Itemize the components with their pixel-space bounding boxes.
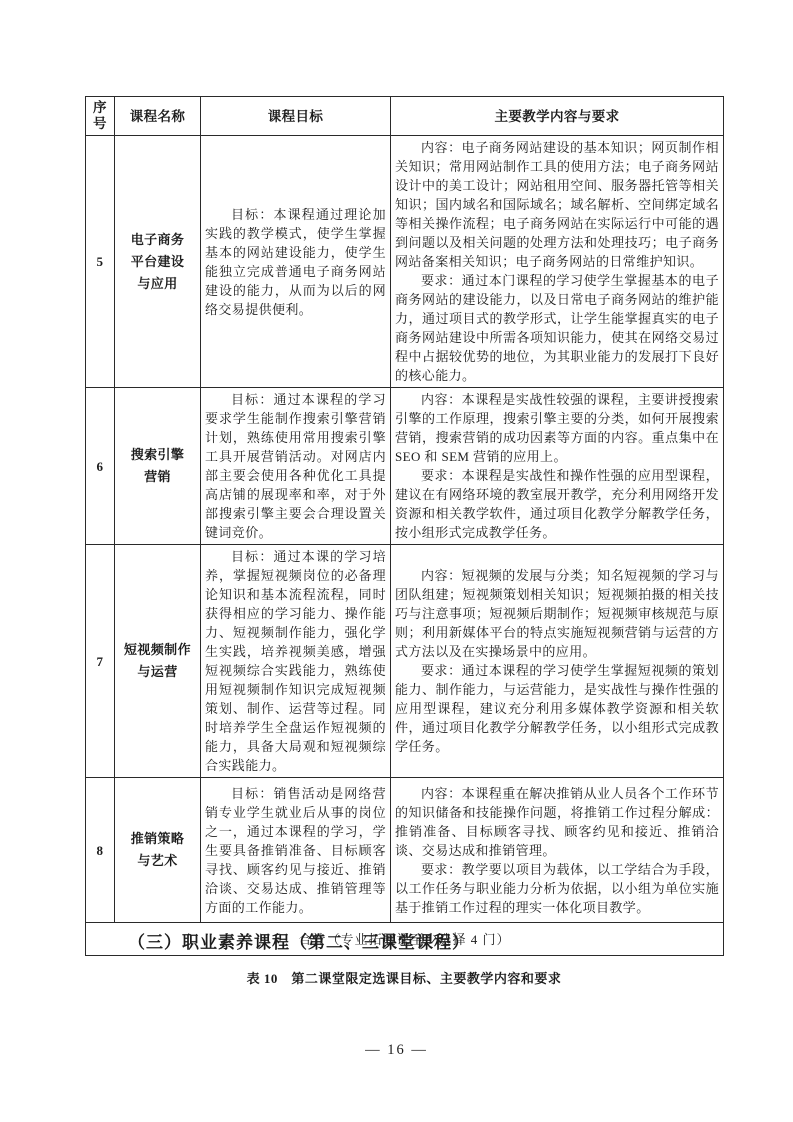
course-number: 5 — [86, 136, 115, 388]
content-paragraph: 内容：本课程重在解决推销从业人员各个工作环节的知识储备和技能操作问题，将推销工作… — [395, 784, 719, 860]
objective-text: 目标：通过本课程的学习要求学生能制作搜索引擎营销计划，熟练使用常用搜索引擎工具开… — [205, 390, 386, 542]
content-paragraph: 要求：教学要以项目为载体，以工学结合为手段，以工作任务与职业能力分析为依据，以小… — [395, 860, 719, 917]
course-content-cell: 内容：本课程是实战性较强的课程，主要讲授搜索引擎的工作原理，搜索引擎主要的分类，… — [391, 388, 724, 545]
course-name-line: 搜索引擎 — [119, 444, 196, 466]
course-name: 短视频制作 与运营 — [115, 545, 201, 778]
table-row-course-6: 6 搜索引擎 营销 目标：通过本课程的学习要求学生能制作搜索引擎营销计划，熟练使… — [86, 388, 724, 545]
course-objective-cell: 目标：本课程通过理论加实践的教学模式，使学生掌握基本的网站建设能力，使学生能独立… — [201, 136, 391, 388]
course-name-line: 短视频制作 — [119, 639, 196, 661]
course-name: 电子商务 平台建设 与应用 — [115, 136, 201, 388]
course-name: 推销策略 与艺术 — [115, 778, 201, 923]
course-name-line: 平台建设 — [119, 251, 196, 273]
content-paragraph: 要求：通过本门课程的学习使学生掌握基本的电子商务网站的建设能力，以及日常电子商务… — [395, 271, 719, 385]
header-course-name: 课程名称 — [115, 97, 201, 136]
course-table: 序 号 课程名称 课程目标 主要教学内容与要求 5 电子商务 平台建设 与应用 … — [85, 96, 724, 956]
document-page: 序 号 课程名称 课程目标 主要教学内容与要求 5 电子商务 平台建设 与应用 … — [0, 0, 793, 1122]
header-teaching-content: 主要教学内容与要求 — [391, 97, 724, 136]
course-content-cell: 内容：本课程重在解决推销从业人员各个工作环节的知识储备和技能操作问题，将推销工作… — [391, 778, 724, 923]
content-paragraph: 要求：本课程是实战性和操作性强的应用型课程，建议在有网络环境的教室展开教学，充分… — [395, 466, 719, 542]
objective-text: 目标：本课程通过理论加实践的教学模式，使学生掌握基本的网站建设能力，使学生能独立… — [205, 205, 386, 319]
course-number: 6 — [86, 388, 115, 545]
course-number: 7 — [86, 545, 115, 778]
course-objective-cell: 目标：销售活动是网络营销专业学生就业后从事的岗位之一，通过本课程的学习，学生要具… — [201, 778, 391, 923]
table-header-row: 序 号 课程名称 课程目标 主要教学内容与要求 — [86, 97, 724, 136]
page-number: — 16 — — [0, 1042, 793, 1059]
content-paragraph: 内容：电子商务网站建设的基本知识；网页制作相关知识；常用网站制作工具的使用方法；… — [395, 138, 719, 271]
header-course-objective: 课程目标 — [201, 97, 391, 136]
section-heading: （三）职业素养课程（第二、三课堂课程） — [128, 928, 470, 953]
course-content-cell: 内容：电子商务网站建设的基本知识；网页制作相关知识；常用网站制作工具的使用方法；… — [391, 136, 724, 388]
course-name: 搜索引擎 营销 — [115, 388, 201, 545]
course-objective-cell: 目标：通过本课程的学习要求学生能制作搜索引擎营销计划，熟练使用常用搜索引擎工具开… — [201, 388, 391, 545]
course-name-line: 与运营 — [119, 661, 196, 683]
header-serial-number: 序 号 — [86, 97, 115, 136]
course-name-line: 营销 — [119, 466, 196, 488]
content-paragraph: 内容：本课程是实战性较强的课程，主要讲授搜索引擎的工作原理，搜索引擎主要的分类，… — [395, 390, 719, 466]
objective-text: 目标：通过本课的学习培养，掌握短视频岗位的必备理论知识和基本流程流程，同时获得相… — [205, 547, 386, 775]
content-paragraph: 内容：短视频的发展与分类；知名短视频的学习与团队组建；短视频策划相关知识；短视频… — [395, 566, 719, 661]
course-name-line: 电子商务 — [119, 229, 196, 251]
table-row-course-8: 8 推销策略 与艺术 目标：销售活动是网络营销专业学生就业后从事的岗位之一，通过… — [86, 778, 724, 923]
course-name-line: 与应用 — [119, 273, 196, 295]
course-number: 8 — [86, 778, 115, 923]
course-objective-cell: 目标：通过本课的学习培养，掌握短视频岗位的必备理论知识和基本流程流程，同时获得相… — [201, 545, 391, 778]
table-row-course-5: 5 电子商务 平台建设 与应用 目标：本课程通过理论加实践的教学模式，使学生掌握… — [86, 136, 724, 388]
content-paragraph: 要求：通过本课程的学习使学生掌握短视频的策划能力、制作能力，与运营能力，是实战性… — [395, 661, 719, 756]
objective-text: 目标：销售活动是网络营销专业学生就业后从事的岗位之一，通过本课程的学习，学生要具… — [205, 784, 386, 917]
course-content-cell: 内容：短视频的发展与分类；知名短视频的学习与团队组建；短视频策划相关知识；短视频… — [391, 545, 724, 778]
table-row-course-7: 7 短视频制作 与运营 目标：通过本课的学习培养，掌握短视频岗位的必备理论知识和… — [86, 545, 724, 778]
course-name-line: 与艺术 — [119, 850, 196, 872]
course-name-line: 推销策略 — [119, 828, 196, 850]
table-caption: 表 10 第二课堂限定选课目标、主要教学内容和要求 — [85, 968, 723, 987]
